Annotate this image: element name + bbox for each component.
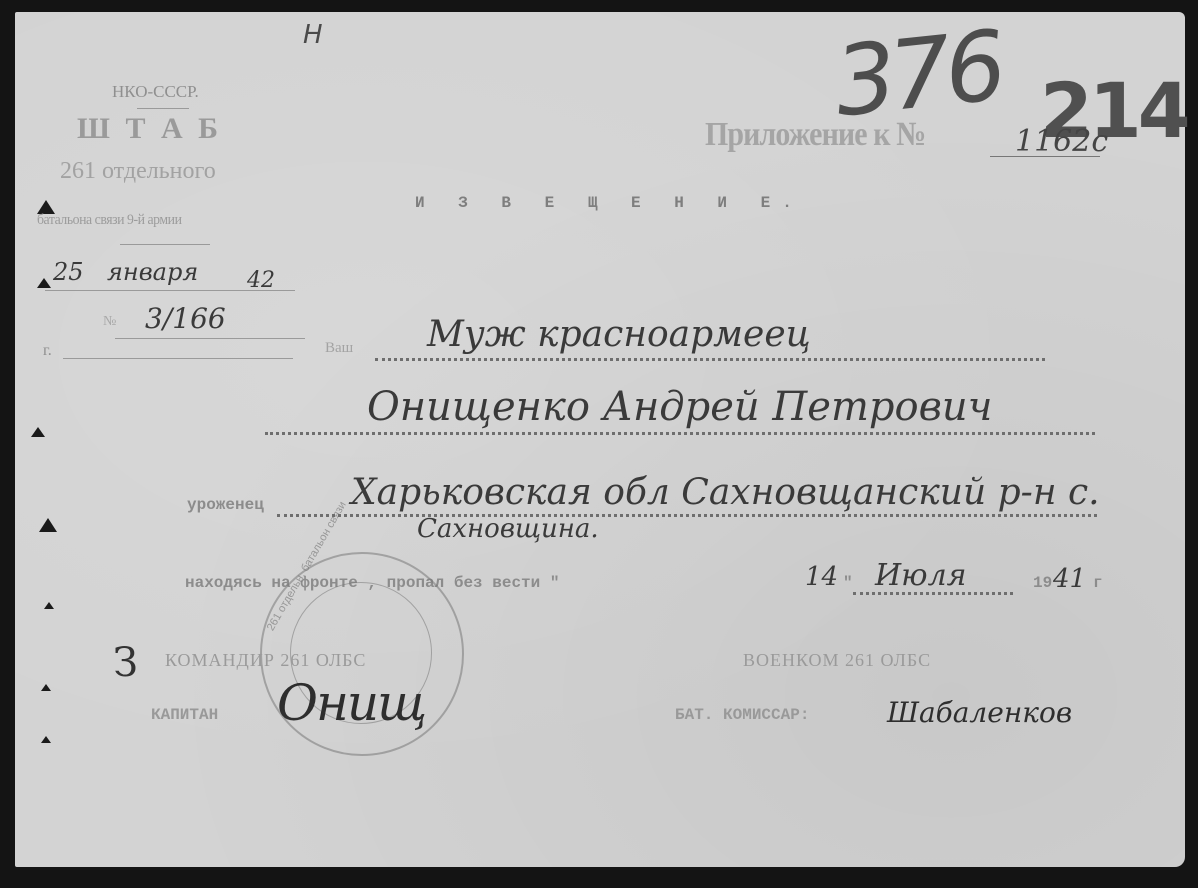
addressee-relation: Муж красноармеец bbox=[427, 314, 811, 355]
ministry-label: НКО-СССР. bbox=[112, 82, 199, 102]
quote-mark: " bbox=[843, 574, 853, 592]
year-unit: г bbox=[1093, 574, 1103, 592]
commander-rank: КАПИТАН bbox=[151, 706, 218, 724]
origin-line-2: Сахновщина. bbox=[417, 514, 599, 544]
year-suffix: 41 bbox=[1053, 564, 1086, 594]
staff-label: Ш Т А Б bbox=[77, 112, 222, 146]
date-month: января bbox=[107, 258, 198, 286]
missing-day: 14 bbox=[805, 562, 838, 592]
addressee-prefix: Ваш bbox=[325, 340, 353, 357]
punch-hole bbox=[31, 427, 45, 437]
addressee-name: Онищенко Андрей Петрович bbox=[367, 384, 993, 430]
punch-hole bbox=[41, 684, 51, 691]
punch-hole bbox=[41, 736, 51, 743]
appendix-label: Приложение к № bbox=[705, 116, 925, 154]
commissar-title: ВОЕНКОМ 261 ОЛБС bbox=[743, 650, 931, 671]
city-underline bbox=[63, 358, 293, 359]
punch-hole bbox=[44, 602, 54, 609]
commander-signature: Онищ bbox=[277, 674, 425, 732]
commissar-signature: Шабаленков bbox=[887, 696, 1072, 729]
dotted-line bbox=[375, 358, 1045, 361]
appendix-number: 1162с bbox=[1015, 124, 1108, 159]
date-day: 25 bbox=[53, 258, 84, 286]
divider bbox=[120, 244, 210, 245]
punch-hole bbox=[39, 518, 57, 532]
divider bbox=[137, 108, 189, 109]
outgoing-number: 3/166 bbox=[145, 302, 226, 335]
punch-hole bbox=[37, 278, 51, 288]
document-sheet: Н НКО-СССР. Ш Т А Б 261 отдельного батал… bbox=[15, 12, 1185, 867]
number-label: № bbox=[103, 314, 116, 330]
city-label: г. bbox=[43, 342, 52, 360]
origin-label: уроженец bbox=[187, 496, 264, 514]
document-title: И З В Е Щ Е Н И Е. bbox=[415, 194, 804, 212]
commander-title: КОМАНДИР 261 ОЛБС bbox=[165, 650, 366, 671]
date-underline bbox=[45, 290, 295, 291]
appendix-underline bbox=[990, 156, 1100, 157]
missing-month: Июля bbox=[875, 558, 967, 593]
commissar-rank: БАТ. КОМИССАР: bbox=[675, 706, 809, 724]
year-prefix: 19 bbox=[1033, 574, 1052, 592]
dotted-line bbox=[265, 432, 1095, 435]
pencil-mark: Н bbox=[303, 20, 323, 50]
origin-line-1: Харьковская обл Сахновщанский р-н с. bbox=[351, 472, 1100, 513]
unit-line-2: батальона связи 9-й армии bbox=[37, 212, 182, 229]
pencil-mark-z: З bbox=[113, 640, 138, 686]
dotted-line bbox=[277, 514, 1097, 517]
unit-line-1: 261 отдельного bbox=[60, 158, 216, 185]
number-underline bbox=[115, 338, 305, 339]
